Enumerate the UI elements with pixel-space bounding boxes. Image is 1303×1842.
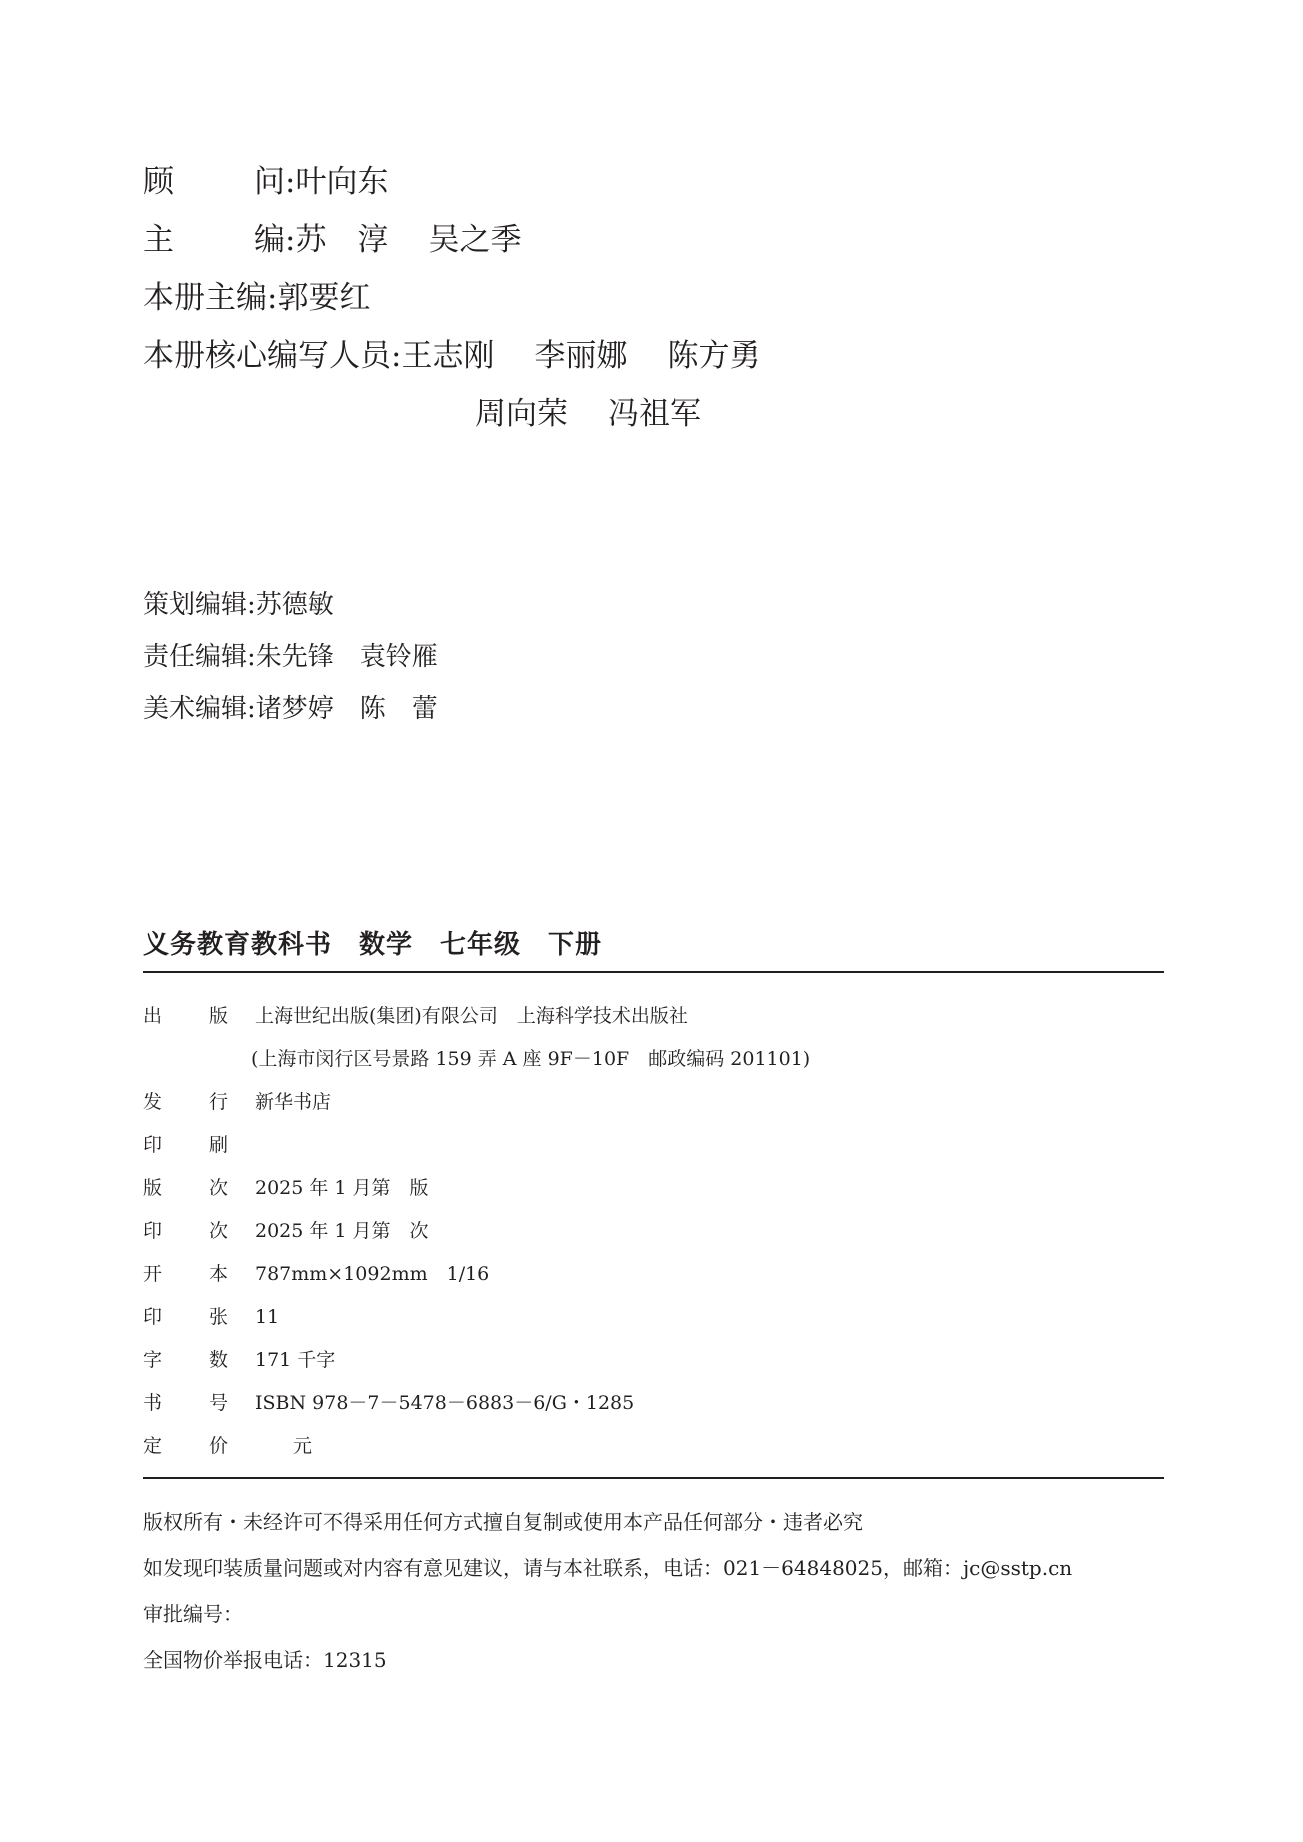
separator: : <box>285 164 295 200</box>
imprint-value: 171 千字 <box>255 1348 335 1372</box>
credit-label: 本册核心编写人员 <box>143 338 391 374</box>
credit-name: 陈方勇 <box>667 338 760 374</box>
imprint-row-printing: 印次2025 年 1 月第 次 <box>143 1219 1143 1243</box>
separator: : <box>247 642 256 672</box>
imprint-key: 定 <box>143 1434 162 1458</box>
editor-art: 美术编辑:诸梦婷 陈 蕾 <box>143 694 438 724</box>
imprint-key: 发 <box>143 1090 162 1114</box>
imprint-key: 刷 <box>209 1133 228 1157</box>
imprint-row-price: 定价 元 <box>143 1434 1143 1458</box>
credit-label: 问 <box>254 164 285 200</box>
credit-name: 王志刚 <box>401 338 494 374</box>
credit-name: 李丽娜 <box>534 338 627 374</box>
credit-adviser: 顾问:叶向东 <box>143 164 388 200</box>
imprint-value: 11 <box>255 1305 279 1329</box>
divider-bottom <box>143 1477 1164 1479</box>
imprint-key: 印 <box>143 1133 162 1157</box>
credit-core-writers: 本册核心编写人员:王志刚李丽娜陈方勇 <box>143 338 760 374</box>
imprint-key: 印 <box>143 1305 162 1329</box>
credit-label: 顾 <box>143 164 174 200</box>
imprint-key: 书 <box>143 1391 162 1415</box>
imprint-key: 出 <box>143 1004 162 1028</box>
imprint-value: 新华书店 <box>255 1090 331 1114</box>
book-title: 义务教育教科书 数学 七年级 下册 <box>143 930 602 960</box>
separator: : <box>267 280 277 316</box>
editor-planning: 策划编辑:苏德敏 <box>143 590 334 620</box>
credit-name: 叶向东 <box>295 164 388 200</box>
approval-number: 审批编号： <box>143 1602 243 1626</box>
credit-name: 周向荣 <box>475 396 568 432</box>
imprint-value: 2025 年 1 月第 版 <box>255 1176 429 1200</box>
separator: : <box>247 590 256 620</box>
divider-top <box>143 971 1164 973</box>
imprint-key: 印 <box>143 1219 162 1243</box>
separator: : <box>391 338 401 374</box>
credit-name: 冯祖军 <box>608 396 701 432</box>
editor-label: 策划编辑 <box>143 590 247 620</box>
imprint-key: 次 <box>209 1176 228 1200</box>
imprint-row-isbn: 书号ISBN 978－7－5478－6883－6/G・1285 <box>143 1391 1143 1415</box>
imprint-row-printer: 印刷 <box>143 1133 1143 1157</box>
imprint-row-publisher: 出版上海世纪出版(集团)有限公司 上海科学技术出版社 <box>143 1004 1143 1028</box>
editor-label: 美术编辑 <box>143 694 247 724</box>
imprint-key: 开 <box>143 1262 162 1286</box>
imprint-row-wordcount: 字数171 千字 <box>143 1348 1143 1372</box>
imprint-value: 787mm×1092mm 1/16 <box>255 1262 489 1286</box>
imprint-value: 上海世纪出版(集团)有限公司 上海科学技术出版社 <box>255 1004 688 1028</box>
imprint-value: 2025 年 1 月第 次 <box>255 1219 429 1243</box>
imprint-key: 张 <box>209 1305 228 1329</box>
imprint-row-sheets: 印张11 <box>143 1305 1143 1329</box>
price-hotline: 全国物价举报电话：12315 <box>143 1648 387 1672</box>
imprint-key: 号 <box>209 1391 228 1415</box>
credit-volume-editor: 本册主编:郭要红 <box>143 280 370 316</box>
contact-notice: 如发现印装质量问题或对内容有意见建议，请与本社联系，电话：021－6484802… <box>143 1556 1072 1580</box>
credit-name: 苏 淳 <box>295 222 388 258</box>
editor-names: 朱先锋 袁铃雁 <box>256 642 438 672</box>
credit-label: 本册主编 <box>143 280 267 316</box>
credit-name: 郭要红 <box>277 280 370 316</box>
imprint-row-distributor: 发行新华书店 <box>143 1090 1143 1114</box>
imprint-key: 本 <box>209 1262 228 1286</box>
imprint-row-format: 开本787mm×1092mm 1/16 <box>143 1262 1143 1286</box>
imprint-row-edition: 版次2025 年 1 月第 版 <box>143 1176 1143 1200</box>
imprint-value: (上海市闵行区号景路 159 弄 A 座 9F－10F 邮政编码 201101) <box>251 1047 810 1071</box>
separator: : <box>285 222 295 258</box>
editor-names: 苏德敏 <box>256 590 334 620</box>
imprint-key: 数 <box>209 1348 228 1372</box>
credit-chief-editor: 主编:苏 淳吴之季 <box>143 222 521 258</box>
imprint-key: 行 <box>209 1090 228 1114</box>
credit-core-writers-line2: 周向荣冯祖军 <box>475 396 701 432</box>
imprint-row-address: (上海市闵行区号景路 159 弄 A 座 9F－10F 邮政编码 201101) <box>143 1047 1143 1071</box>
copyright-notice: 版权所有・未经许可不得采用任何方式擅自复制或使用本产品任何部分・违者必究 <box>143 1510 863 1534</box>
credit-name: 吴之季 <box>428 222 521 258</box>
imprint-key: 字 <box>143 1348 162 1372</box>
imprint-key: 版 <box>143 1176 162 1200</box>
separator: : <box>247 694 256 724</box>
editor-label: 责任编辑 <box>143 642 247 672</box>
credit-label: 主 <box>143 222 174 258</box>
imprint-value: 元 <box>255 1434 312 1458</box>
credit-label: 编 <box>254 222 285 258</box>
imprint-value: ISBN 978－7－5478－6883－6/G・1285 <box>255 1391 634 1415</box>
imprint-key: 版 <box>209 1004 228 1028</box>
editor-responsible: 责任编辑:朱先锋 袁铃雁 <box>143 642 438 672</box>
imprint-key: 价 <box>209 1434 228 1458</box>
imprint-key: 次 <box>209 1219 228 1243</box>
editor-names: 诸梦婷 陈 蕾 <box>256 694 438 724</box>
